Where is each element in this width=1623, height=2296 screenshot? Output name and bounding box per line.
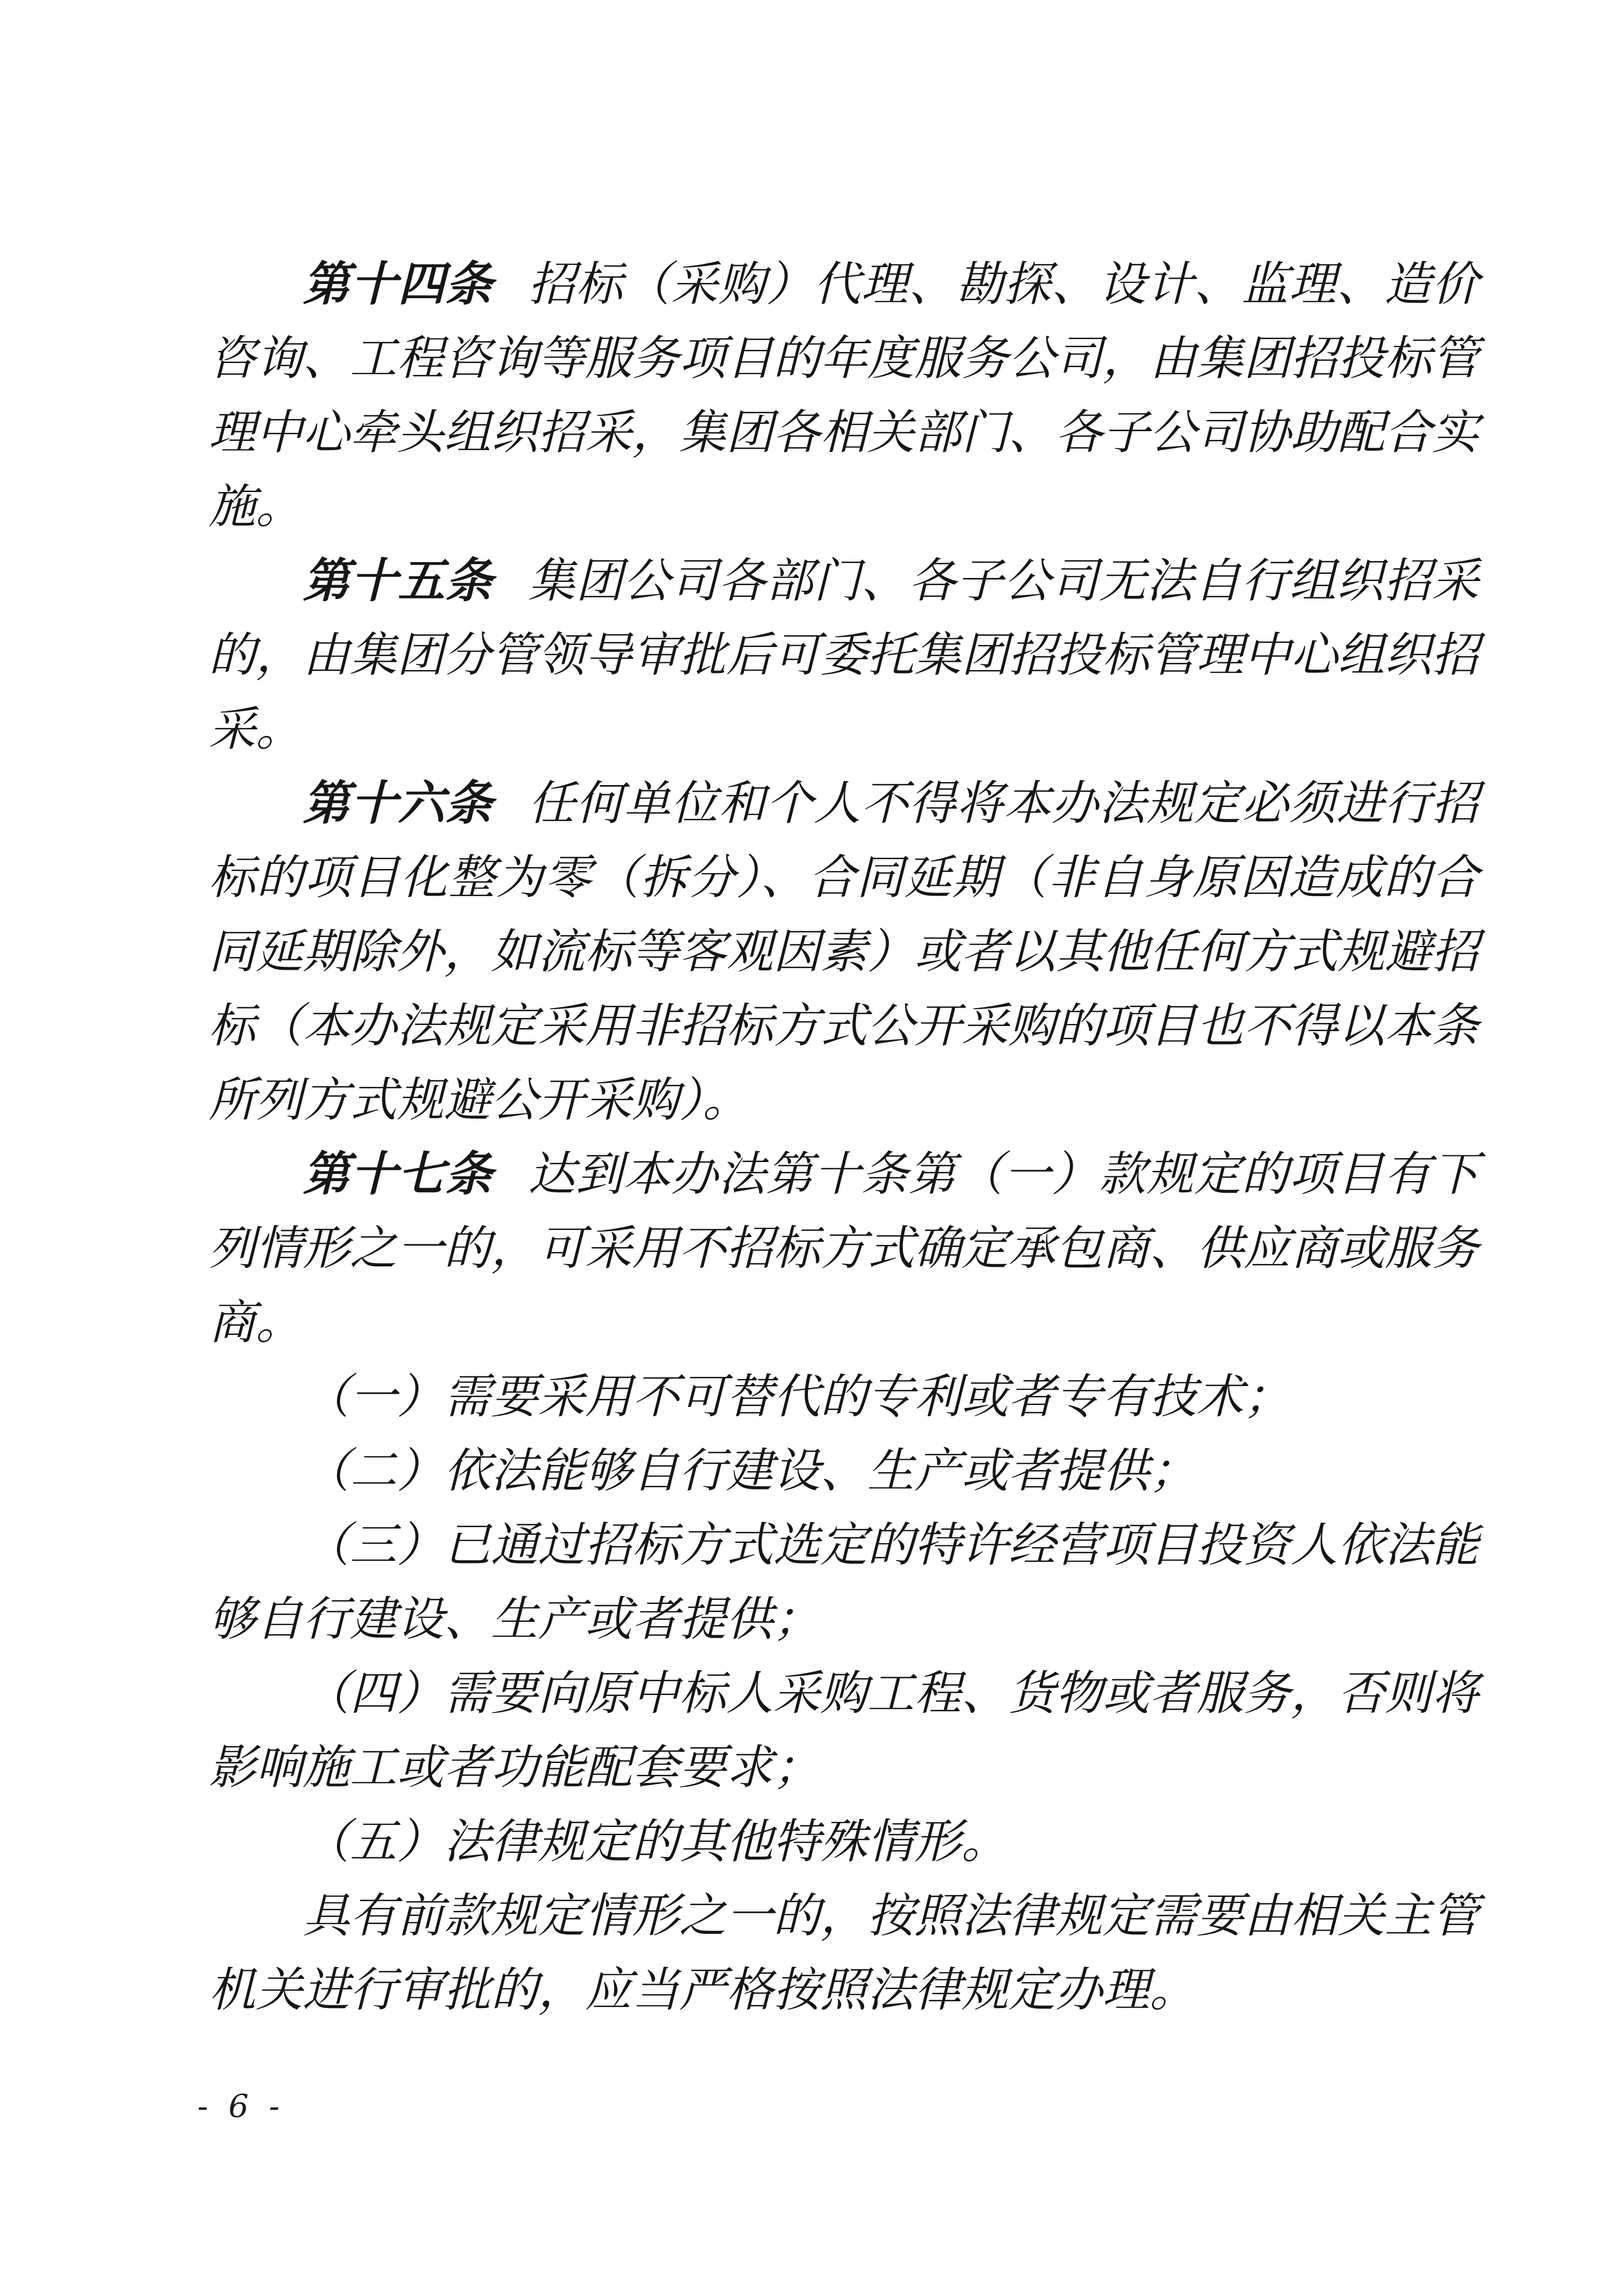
list-item-paragraph: （二）依法能够自行建设、生产或者提供； [209,1434,1479,1508]
article-paragraph: 第十五条集团公司各部门、各子公司无法自行组织招采的，由集团分管领导审批后可委托集… [209,544,1479,766]
article-paragraph: 第十四条招标（采购）代理、勘探、设计、监理、造价咨询、工程咨询等服务项目的年度服… [209,247,1479,544]
page-number: - 6 - [197,2086,285,2127]
list-item-text: （二）依法能够自行建设、生产或者提供； [303,1443,1197,1498]
document-page: 第十四条招标（采购）代理、勘探、设计、监理、造价咨询、工程咨询等服务项目的年度服… [0,0,1623,2296]
article-number: 第十四条 [303,256,493,311]
article-number: 第十五条 [303,553,493,608]
article-paragraph: 第十七条达到本办法第十条第（一）款规定的项目有下列情形之一的，可采用不招标方式确… [209,1137,1479,1359]
list-item-paragraph: （四）需要向原中标人采购工程、货物或者服务，否则将影响施工或者功能配套要求； [209,1656,1479,1804]
article-paragraph: 第十六条任何单位和个人不得将本办法规定必须进行招标的项目化整为零（拆分）、合同延… [209,766,1479,1137]
list-item-text: （一）需要采用不可替代的专利或者专有技术； [303,1369,1291,1424]
list-item-text: （四）需要向原中标人采购工程、货物或者服务，否则将影响施工或者功能配套要求； [209,1666,1479,1795]
document-body: 第十四条招标（采购）代理、勘探、设计、监理、造价咨询、工程咨询等服务项目的年度服… [209,247,1479,2027]
list-item-text: （三）已通过招标方式选定的特许经营项目投资人依法能够自行建设、生产或者提供； [209,1518,1479,1646]
closing-paragraph: 具有前款规定情形之一的，按照法律规定需要由相关主管机关进行审批的，应当严格按照法… [209,1879,1479,2027]
list-item-paragraph: （三）已通过招标方式选定的特许经营项目投资人依法能够自行建设、生产或者提供； [209,1508,1479,1656]
list-item-paragraph: （五）法律规定的其他特殊情形。 [209,1804,1479,1879]
article-number: 第十七条 [303,1146,493,1201]
list-item-text: （五）法律规定的其他特殊情形。 [303,1814,1008,1869]
list-item-paragraph: （一）需要采用不可替代的专利或者专有技术； [209,1359,1479,1434]
article-number: 第十六条 [303,775,493,831]
closing-text: 具有前款规定情形之一的，按照法律规定需要由相关主管机关进行审批的，应当严格按照法… [209,1888,1479,2017]
